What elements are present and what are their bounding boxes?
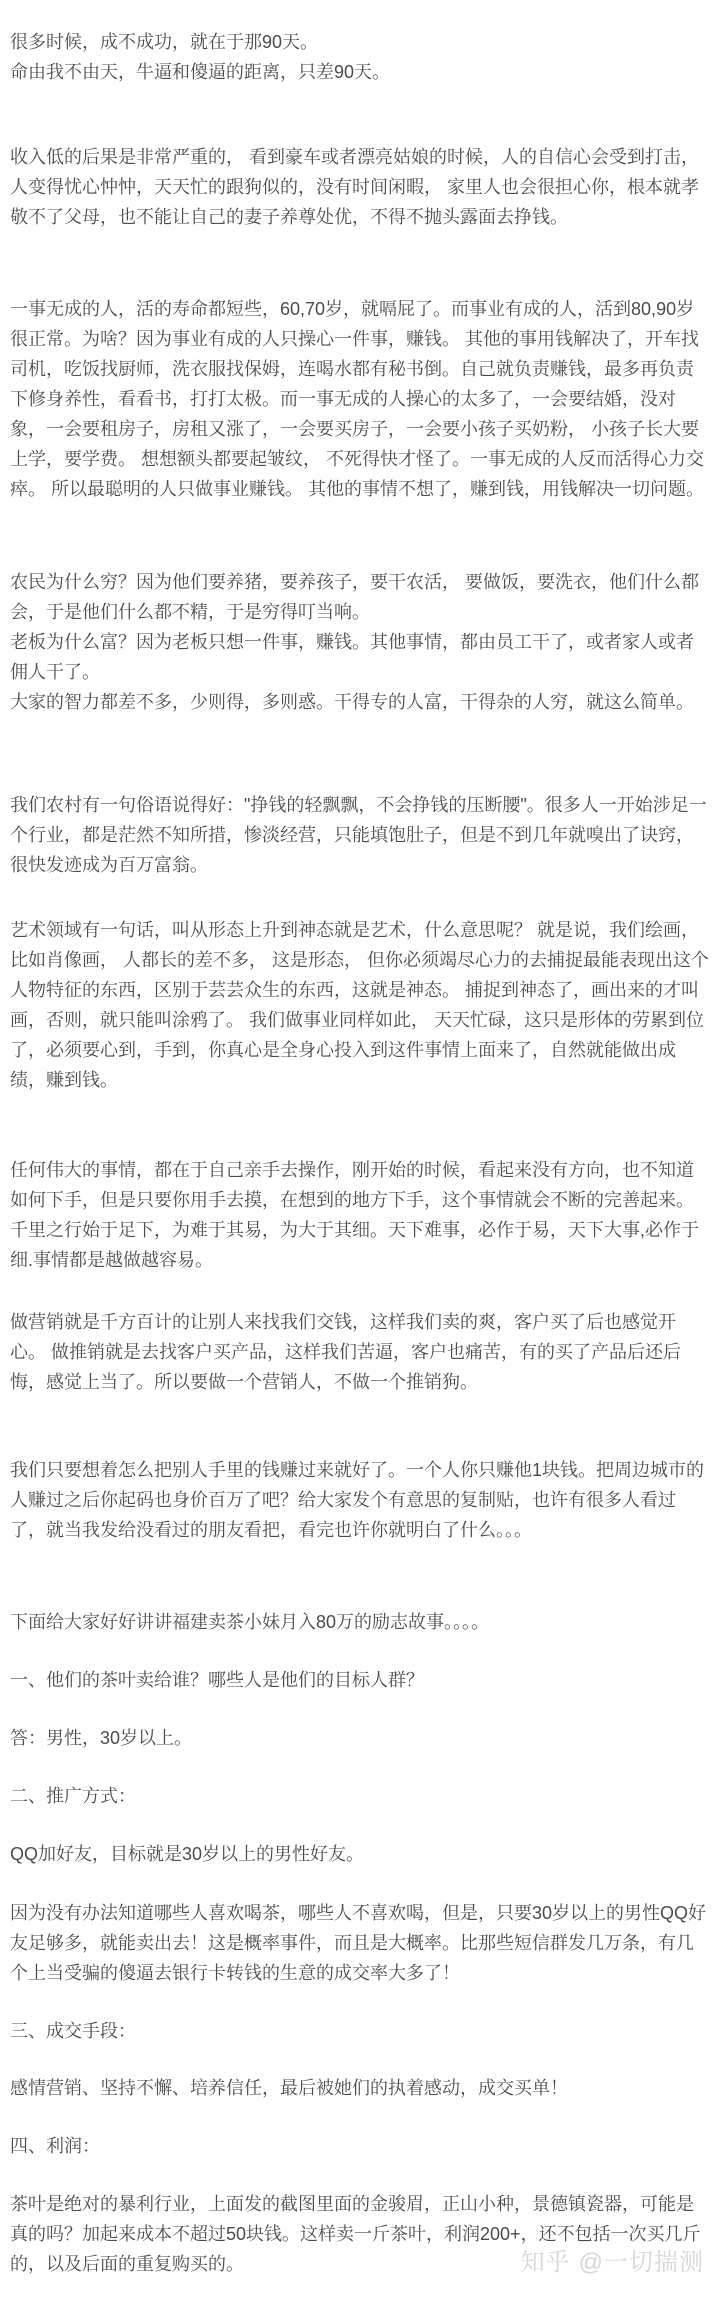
answer-promotion-method: QQ加好友，目标就是30岁以上的男性好友。: [10, 1839, 710, 1869]
paragraph-great-things: 任何伟大的事情，都在于自己亲手去操作，刚开始的时候，看起来没有方向，也不知道如何…: [10, 1155, 710, 1275]
paragraph-probability: 因为没有办法知道哪些人喜欢喝茶，哪些人不喜欢喝，但是，只要30岁以上的男性QQ好…: [10, 1898, 710, 1988]
question-profit: 四、利润：: [10, 2131, 710, 2161]
paragraph-tea-story-intro: 下面给大家好好讲讲福建卖茶小妹月入80万的励志故事。。。。: [10, 1607, 710, 1637]
paragraph-90-days: 很多时候，成不成功，就在于那90天。 命由我不由天，牛逼和傻逼的距离，只差90天…: [10, 27, 710, 87]
paragraph-low-income: 收入低的后果是非常严重的， 看到豪车或者漂亮姑娘的时候，人的自信心会受到打击，人…: [10, 142, 710, 232]
paragraph-art-spirit: 艺术领域有一句话，叫从形态上升到神态就是艺术，什么意思呢？ 就是说，我们绘画，比…: [10, 915, 710, 1095]
paragraph-earn-one-yuan: 我们只要想着怎么把别人手里的钱赚过来就好了。一个人你只赚他1块钱。把周边城市的人…: [10, 1455, 710, 1545]
paragraph-village-proverb: 我们农村有一句俗语说得好："挣钱的轻飘飘，不会挣钱的压断腰"。很多人一开始涉足一…: [10, 790, 710, 880]
paragraph-emotion-marketing: 感情营销、坚持不懈、培养信任，最后被她们的执着感动，成交买单！: [10, 2073, 710, 2103]
answer-target-audience: 答：男性，30岁以上。: [10, 1723, 710, 1753]
article-body: 很多时候，成不成功，就在于那90天。 命由我不由天，牛逼和傻逼的距离，只差90天…: [0, 0, 720, 2297]
zhihu-watermark: 知乎@一切揣测: [521, 2248, 704, 2278]
watermark-author: @一切揣测: [579, 2249, 704, 2276]
zhihu-brand-text: 知乎: [521, 2249, 571, 2276]
question-target-audience: 一、他们的茶叶卖给谁？哪些人是他们的目标人群？: [10, 1665, 710, 1695]
paragraph-lifespan: 一事无成的人，活的寿命都短些，60,70岁，就嗝屁了。而事业有成的人，活到80,…: [10, 294, 710, 504]
paragraph-farmer-boss: 农民为什么穷？因为他们要养猪，要养孩子，要干农活， 要做饭，要洗衣，他们什么都会…: [10, 567, 710, 717]
question-promotion-method: 二、推广方式：: [10, 1781, 710, 1811]
question-deal-method: 三、成交手段：: [10, 2016, 710, 2046]
paragraph-marketing-vs-selling: 做营销就是千方百计的让别人来找我们交钱，这样我们卖的爽，客户买了后也感觉开心。 …: [10, 1307, 710, 1397]
